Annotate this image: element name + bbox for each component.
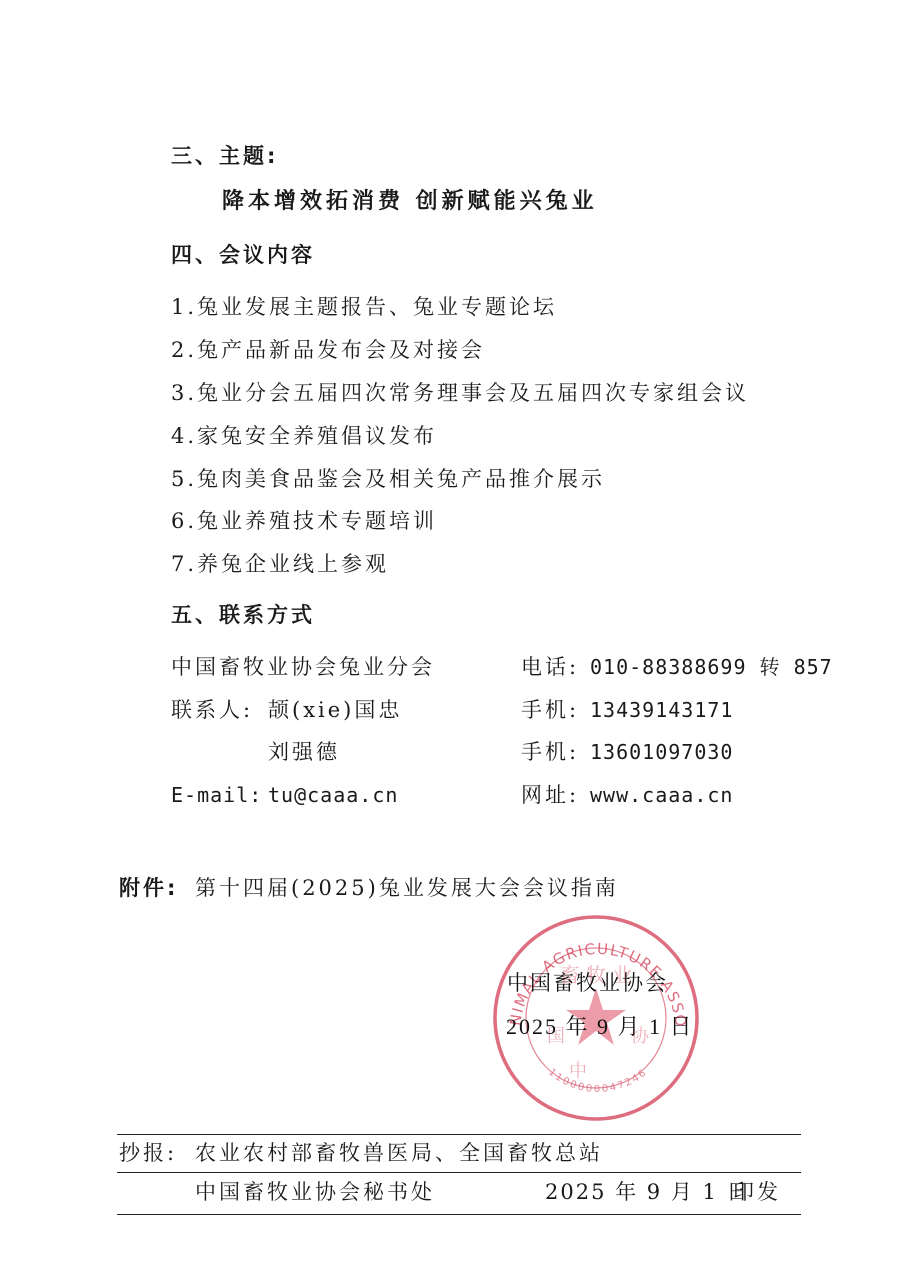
- mobile-1-label: 手机:: [521, 700, 579, 721]
- signature-organization: 中国畜牧业协会: [507, 973, 668, 994]
- issue-suffix: 印发: [733, 1182, 781, 1203]
- footer-divider-bottom: [117, 1214, 801, 1215]
- meeting-item-3: 3.兔业分会五届四次常务理事会及五届四次专家组会议: [171, 383, 749, 404]
- website-value[interactable]: www.caaa.cn: [590, 785, 733, 805]
- footer-divider-top: [117, 1134, 801, 1135]
- mobile-2-label: 手机:: [521, 742, 579, 763]
- contact-person-2: 刘强德: [268, 742, 340, 763]
- mobile-1-value: 13439143171: [590, 700, 733, 720]
- svg-text:1100000047246: 1100000047246: [546, 1067, 650, 1095]
- cc-recipients: 农业农村部畜牧兽医局、全国畜牧总站: [195, 1143, 603, 1164]
- section-heading-contact: 五、联系方式: [171, 605, 315, 626]
- attachment-label: 附件:: [119, 878, 178, 899]
- svg-text:中: 中: [569, 1061, 587, 1082]
- meeting-item-6: 6.兔业养殖技术专题培训: [171, 511, 437, 532]
- section-heading-meeting-content: 四、会议内容: [171, 245, 315, 266]
- contact-organization: 中国畜牧业协会兔业分会: [171, 657, 435, 678]
- phone-label: 电话:: [521, 657, 579, 678]
- cc-label: 抄报:: [119, 1143, 177, 1164]
- email-label: E-mail:: [171, 785, 262, 805]
- meeting-item-7: 7.养兔企业线上参观: [171, 554, 389, 575]
- mobile-2-value: 13601097030: [590, 742, 733, 762]
- issue-date: 2025 年 9 月 1 日: [545, 1182, 750, 1203]
- section-heading-theme: 三、主题:: [171, 146, 278, 167]
- meeting-item-4: 4.家兔安全养殖倡议发布: [171, 426, 437, 447]
- attachment-title[interactable]: 第十四届(2025)兔业发展大会会议指南: [195, 878, 619, 899]
- contact-person-1: 颉(xie)国忠: [268, 700, 402, 721]
- issuer: 中国畜牧业协会秘书处: [195, 1182, 435, 1203]
- phone-value: 010-88388699 转 857: [590, 657, 833, 677]
- footer-divider-middle: [117, 1172, 801, 1173]
- meeting-item-2: 2.兔产品新品发布会及对接会: [171, 340, 485, 361]
- email-value[interactable]: tu@caaa.cn: [268, 785, 398, 805]
- signature-date: 2025 年 9 月 1 日: [506, 1016, 694, 1038]
- website-label: 网址:: [521, 785, 579, 806]
- meeting-item-5: 5.兔肉美食品鉴会及相关兔产品推介展示: [171, 469, 605, 490]
- theme-text: 降本增效拓消费 创新赋能兴兔业: [222, 191, 598, 213]
- meeting-item-1: 1.兔业发展主题报告、兔业专题论坛: [171, 297, 557, 318]
- contact-person-label: 联系人:: [171, 700, 253, 721]
